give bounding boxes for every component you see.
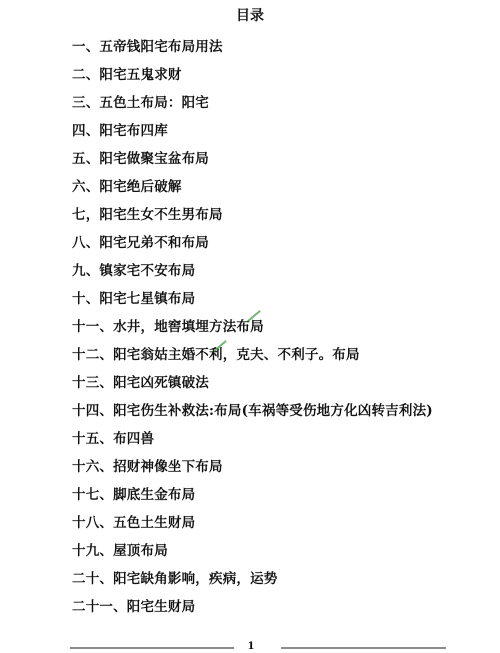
toc-item: 二十、阳宅缺角影响，疾病，运势 [72,565,433,593]
toc-item: 十三、阳宅凶死镇破法 [72,369,433,397]
toc-item: 二十一、阳宅生财局 [72,593,433,621]
toc-item: 十二、阳宅翁姑主婚不利，克夫、不利子。布局 [72,341,433,369]
toc-item: 十五、布四兽 [72,425,433,453]
toc-item: 一、五帝钱阳宅布局用法 [72,33,433,61]
toc-item: 二、阳宅五鬼求财 [72,61,433,89]
toc-item: 十六、招财神像坐下布局 [72,453,433,481]
toc-item: 十七、脚底生金布局 [72,481,433,509]
toc-item: 八、阳宅兄弟不和布局 [72,229,433,257]
toc-item: 十、阳宅七星镇布局 [72,285,433,313]
table-of-contents: 一、五帝钱阳宅布局用法 二、阳宅五鬼求财 三、五色土布局：阳宅 四、阳宅布四库 … [72,33,433,621]
toc-item: 四、阳宅布四库 [72,117,433,145]
toc-item: 六、阳宅绝后破解 [72,173,433,201]
page-title: 目录 [0,6,500,26]
toc-item: 七，阳宅生女不生男布局 [72,201,433,229]
toc-item: 九、镇家宅不安布局 [72,257,433,285]
toc-item: 十四、阳宅伤生补救法:布局(车祸等受伤地方化凶转吉利法) [72,397,433,425]
toc-item: 十九、屋顶布局 [72,537,433,565]
toc-item: 三、五色土布局：阳宅 [72,89,433,117]
page-number: 1 [244,640,258,653]
toc-item: 十八、五色土生财局 [72,509,433,537]
footer-rule-left [70,647,234,649]
toc-item: 五、阳宅做聚宝盆布局 [72,145,433,173]
footer-rule-right [281,647,446,649]
